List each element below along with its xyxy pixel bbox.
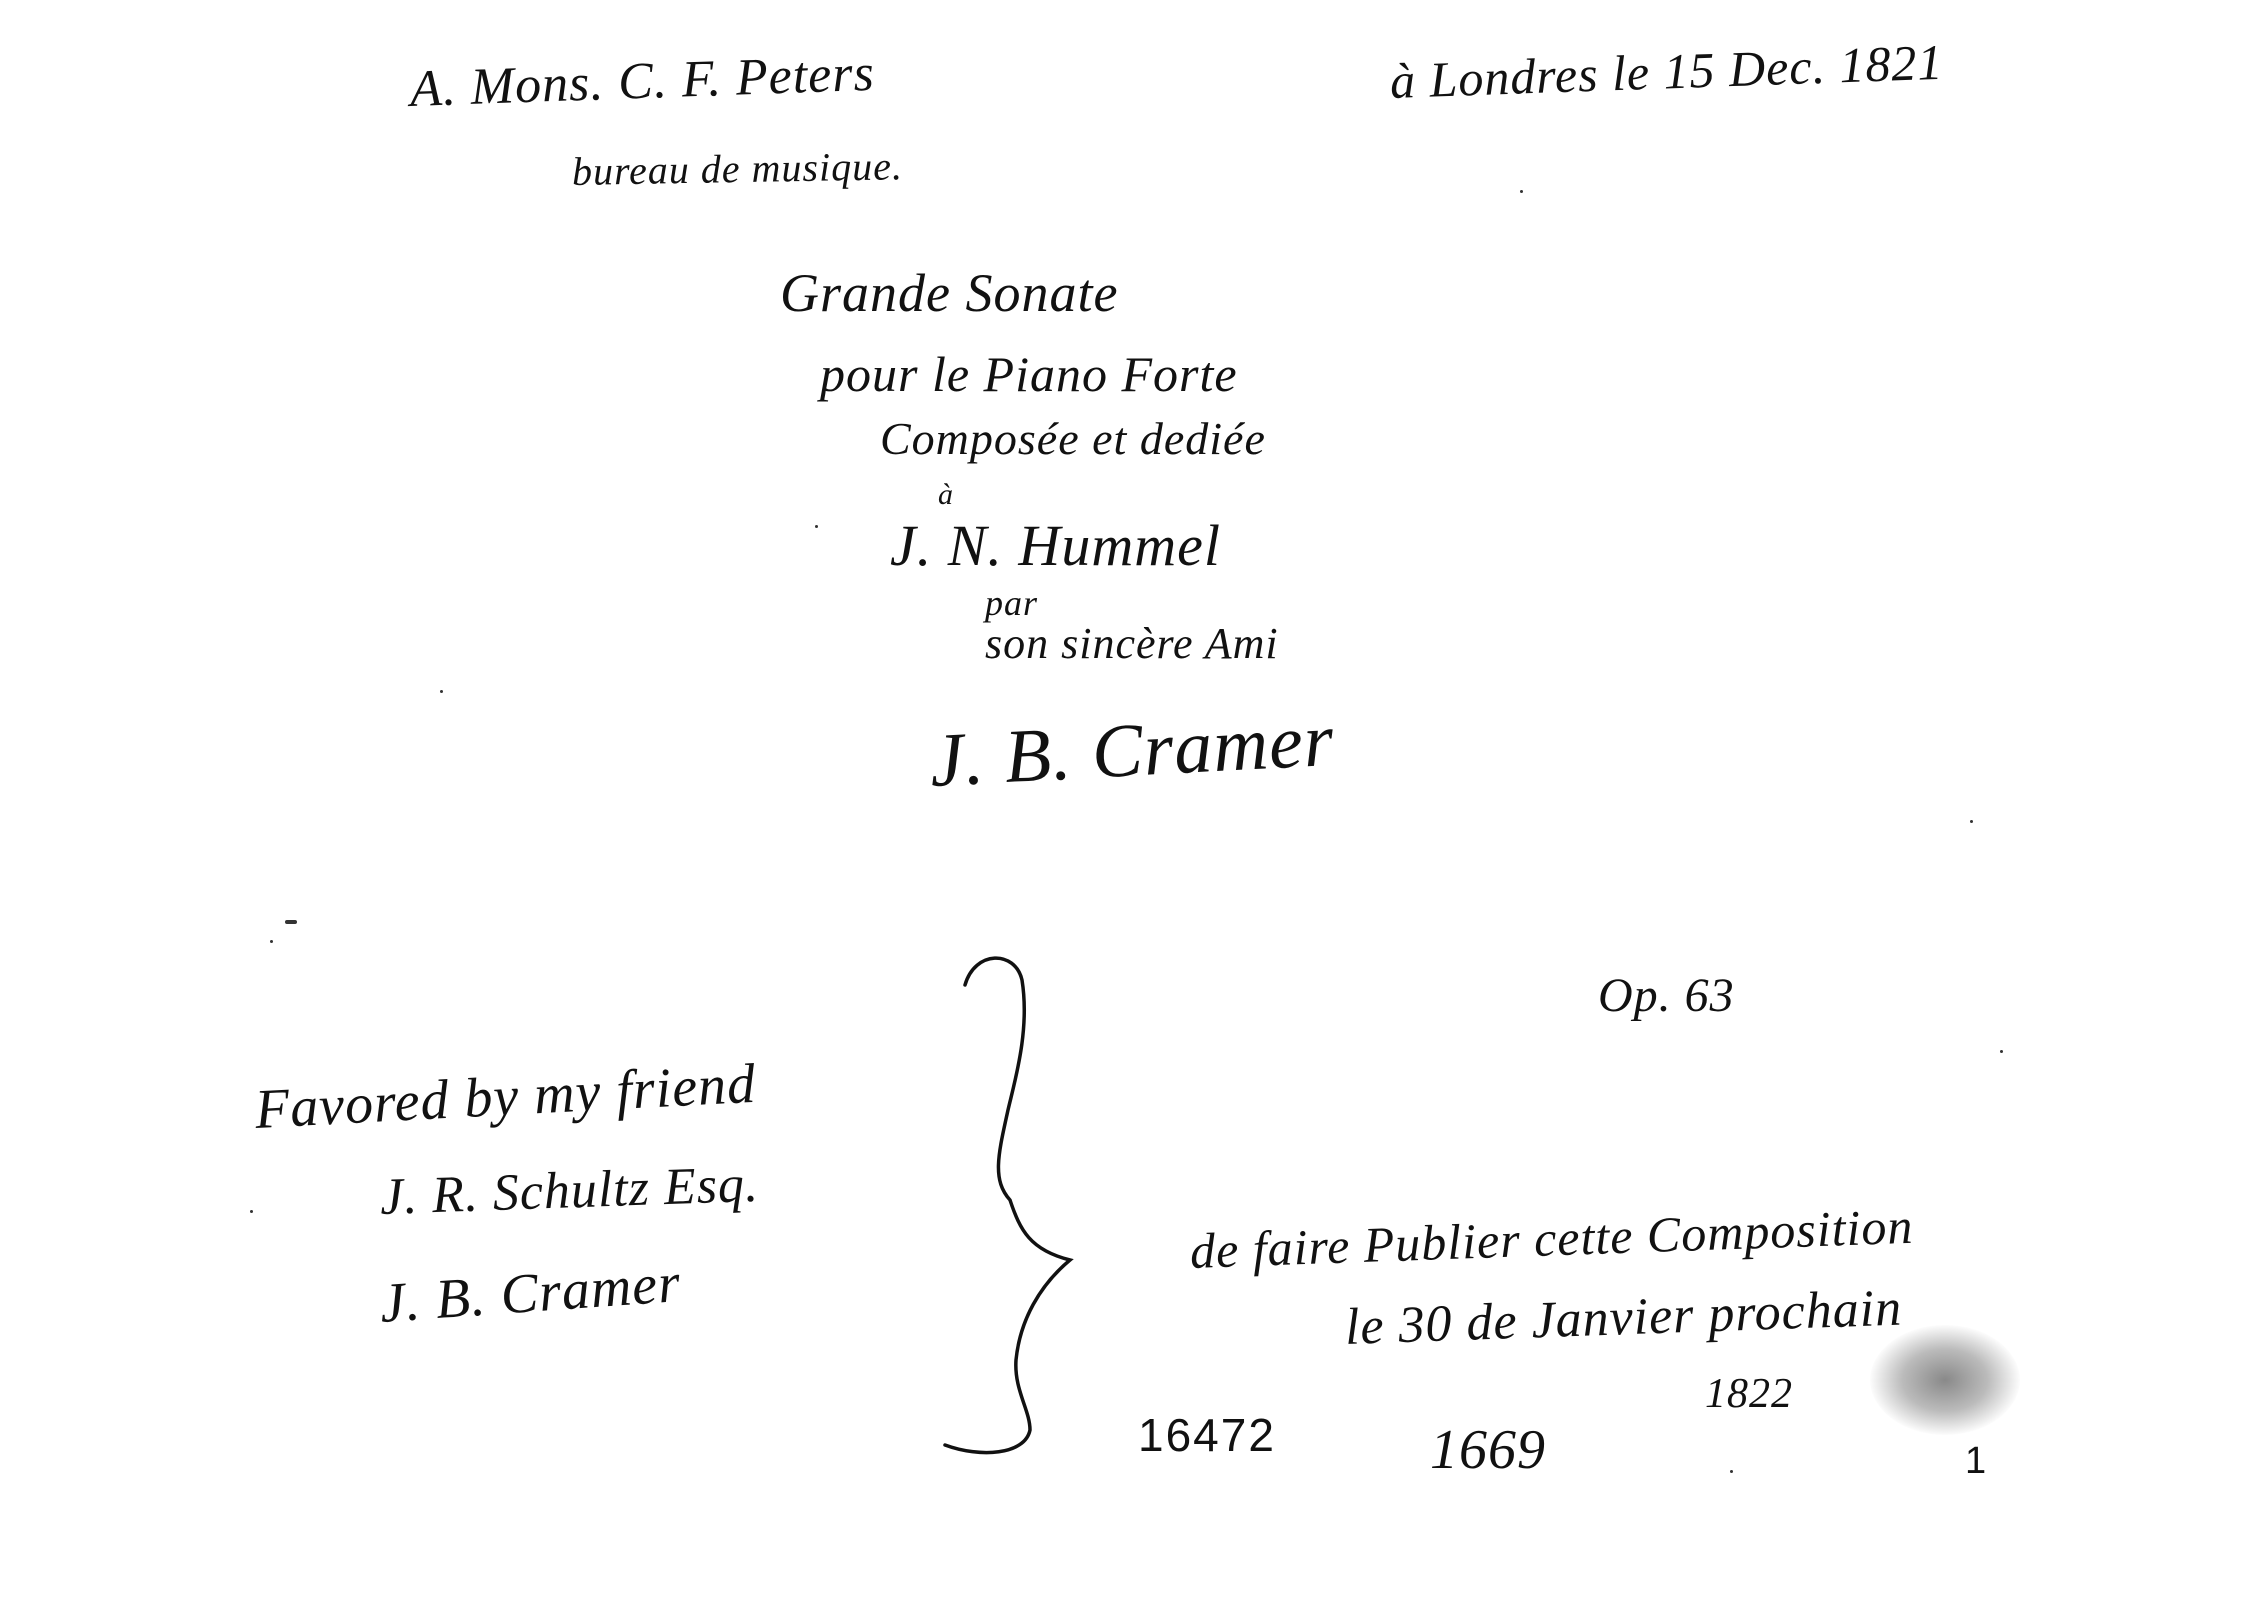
manuscript-page: A. Mons. C. F. Peters bureau de musique.… [0, 0, 2264, 1600]
title-line-composee: Composée et dediée [880, 412, 1266, 465]
ink-smudge [1870, 1325, 2020, 1435]
favored-signature: J. B. Cramer [378, 1251, 683, 1336]
ink-speck [285, 920, 297, 924]
publication-year: 1822 [1705, 1370, 1793, 1418]
title-line-a: à [938, 478, 954, 512]
title-line-piano-forte: pour le Piano Forte [820, 345, 1238, 403]
ink-speck [1730, 1470, 1733, 1473]
publication-line-1: de faire Publier cette Composition [1189, 1197, 1914, 1280]
composer-signature: J. B. Cramer [928, 697, 1337, 805]
opus-number: Op. 63 [1598, 968, 1735, 1023]
handwritten-catalog-number: 1669 [1430, 1418, 1546, 1482]
address-line-1: A. Mons. C. F. Peters [409, 44, 876, 119]
favored-line-1: Favored by my friend [253, 1052, 757, 1142]
dedicatee-name: J. N. Hummel [890, 512, 1221, 579]
title-line-sincere-ami: son sincère Ami [985, 618, 1279, 669]
ink-speck [1970, 820, 1973, 823]
catalog-stamp-number: 16472 [1138, 1408, 1276, 1462]
curly-brace-mark [920, 940, 1100, 1460]
title-line-grande-sonate: Grande Sonate [780, 262, 1118, 324]
page-marker: 1 [1965, 1440, 1986, 1483]
ink-speck [1520, 190, 1523, 193]
favored-line-2: J. R. Schultz Esq. [379, 1155, 760, 1227]
ink-speck [2000, 1050, 2003, 1053]
ink-speck [270, 940, 273, 943]
ink-speck [250, 1210, 253, 1213]
publication-line-2: le 30 de Janvier prochain [1344, 1279, 1903, 1357]
address-line-2: bureau de musique. [572, 142, 904, 195]
ink-speck [440, 690, 443, 693]
ink-speck [815, 525, 818, 528]
place-date: à Londres le 15 Dec. 1821 [1389, 33, 1944, 110]
